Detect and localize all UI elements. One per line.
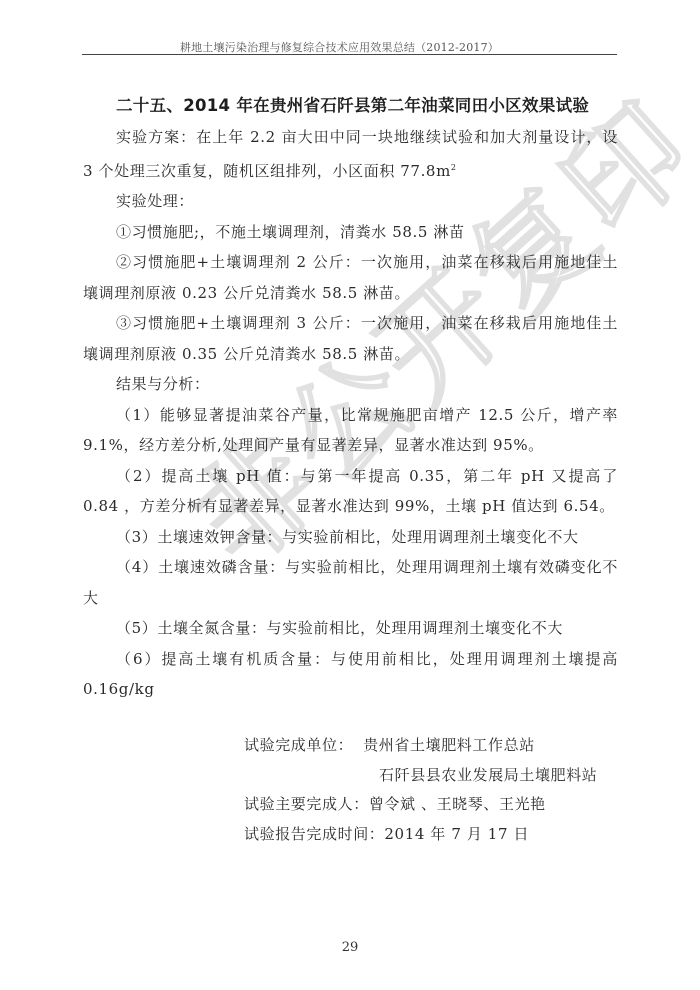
result-item-4: （4）土壤速效磷含量：与实验前相比，处理用调理剂土壤有效磷变化不大: [83, 552, 618, 613]
result-item-1: （1）能够显著提油菜谷产量，比常规施肥亩增产 12.5 公斤，增产率 9.1%，…: [83, 400, 618, 461]
treatments-heading: 实验处理：: [83, 186, 618, 217]
unit-label: 试验完成单位：: [244, 736, 353, 754]
result-item-5: （5）土壤全氮含量：与实验前相比，处理用调理剂土壤变化不大: [83, 613, 618, 644]
section-title: 二十五、2014 年在贵州省石阡县第二年油菜同田小区效果试验: [116, 90, 618, 122]
result-item-6: （6）提高土壤有机质含量：与使用前相比，处理用调理剂土壤提高 0.16g/kg: [83, 644, 618, 705]
page-body: 二十五、2014 年在贵州省石阡县第二年油菜同田小区效果试验 实验方案：在上年 …: [83, 90, 618, 705]
people-label: 试验主要完成人：: [244, 795, 369, 813]
unit-primary: 贵州省土壤肥料工作总站: [363, 736, 535, 754]
scheme-paragraph: 实验方案：在上年 2.2 亩大田中同一块地继续试验和加大剂量设计，设 3 个处理…: [83, 122, 618, 186]
area-unit-superscript: 2: [451, 163, 457, 172]
page-number: 29: [0, 940, 700, 955]
signoff-unit-row: 试验完成单位：贵州省土壤肥料工作总站: [244, 731, 624, 761]
treatment-item-2: ②习惯施肥+土壤调理剂 2 公斤：一次施用，油菜在移栽后用施地佳土壤调理剂原液 …: [83, 247, 618, 308]
results-heading: 结果与分析：: [83, 369, 618, 400]
signoff-date-row: 试验报告完成时间：2014 年 7 月 17 日: [244, 820, 624, 850]
running-header-title: 耕地土壤污染治理与修复综合技术应用效果总结（2012-2017）: [180, 39, 499, 55]
treatment-item-1: ①习惯施肥;，不施土壤调理剂，清粪水 58.5 淋苗: [83, 217, 618, 248]
signoff-people-row: 试验主要完成人：曾令斌 、王晓琴、王光艳: [244, 790, 624, 820]
treatment-item-3: ③习惯施肥+土壤调理剂 3 公斤：一次施用，油菜在移栽后用施地佳土壤调理剂原液 …: [83, 308, 618, 369]
running-header: 耕地土壤污染治理与修复综合技术应用效果总结（2012-2017）: [82, 38, 617, 55]
signoff-block: 试验完成单位：贵州省土壤肥料工作总站 石阡县县农业发展局土壤肥料站 试验主要完成…: [244, 731, 624, 849]
people-names: 曾令斌 、王晓琴、王光艳: [369, 795, 546, 813]
scheme-text: 实验方案：在上年 2.2 亩大田中同一块地继续试验和加大剂量设计，设 3 个处理…: [83, 128, 618, 180]
signoff-unit-row-2: 石阡县县农业发展局土壤肥料站: [244, 761, 624, 791]
date-label: 试验报告完成时间：: [244, 825, 384, 843]
result-item-2: （2）提高土壤 pH 值：与第一年提高 0.35，第二年 pH 又提高了 0.8…: [83, 461, 618, 522]
result-item-3: （3）土壤速效钾含量：与实验前相比，处理用调理剂土壤变化不大: [83, 522, 618, 553]
report-date: 2014 年 7 月 17 日: [384, 825, 529, 843]
unit-secondary: 石阡县县农业发展局土壤肥料站: [379, 766, 597, 784]
